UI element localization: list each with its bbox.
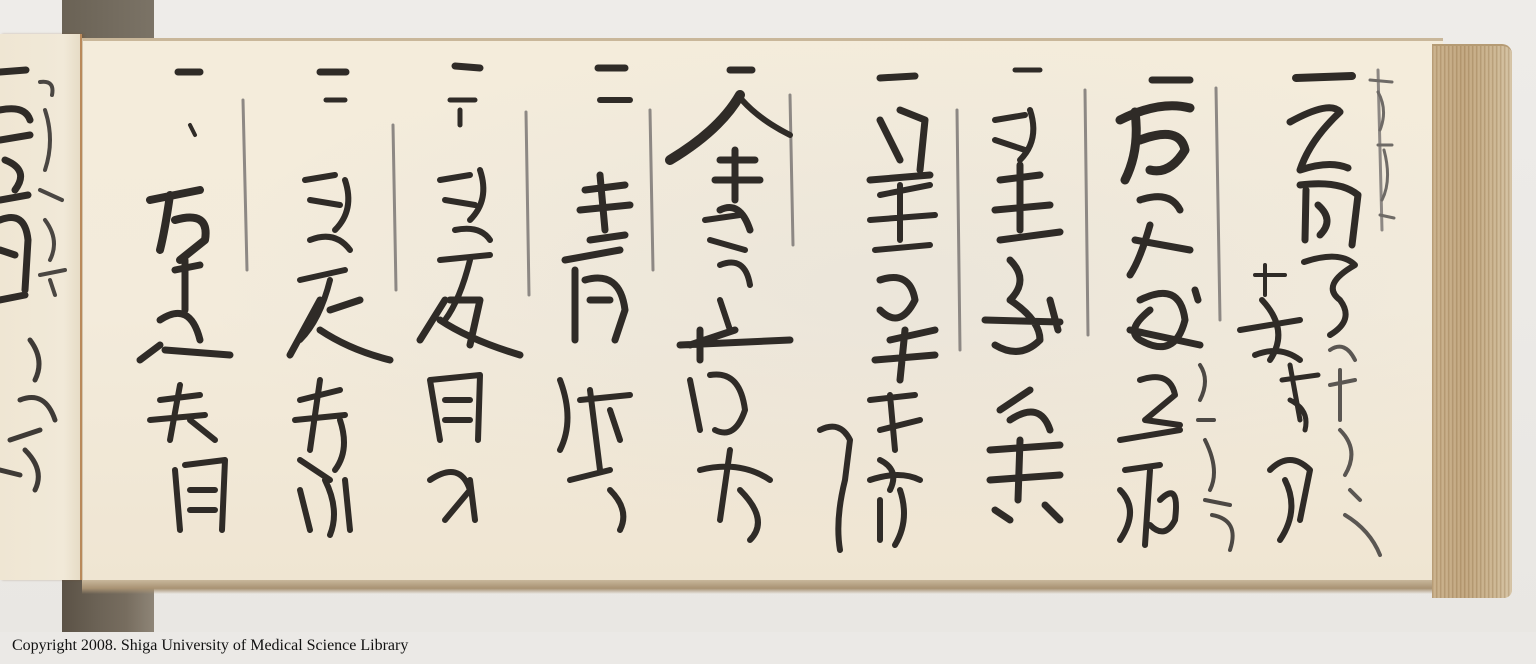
pencil-rule-lines — [243, 70, 1382, 350]
ink-strokes — [0, 66, 1394, 555]
copyright-caption: Copyright 2008. Shiga University of Medi… — [12, 637, 408, 655]
calligraphy-columns — [0, 0, 1536, 632]
